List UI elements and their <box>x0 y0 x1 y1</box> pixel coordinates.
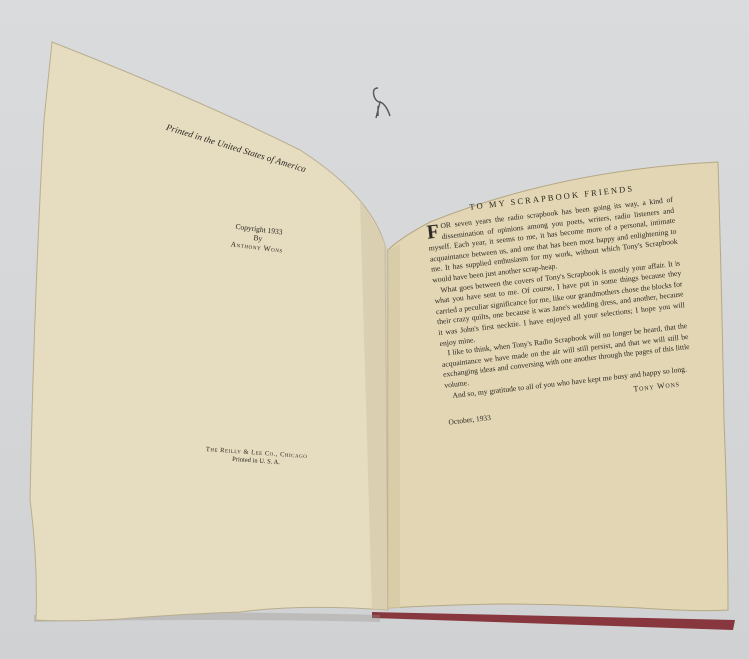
drop-cap: F <box>426 223 440 242</box>
book-cover-edge <box>372 612 735 630</box>
author-signature: Tony Wons <box>633 379 680 393</box>
pencil-scribble-icon <box>368 82 398 127</box>
dedication-page: TO MY SCRAPBOOK FRIENDS FOR seven years … <box>424 179 696 428</box>
dedication-body: FOR seven years the radio scrapbook has … <box>426 195 693 402</box>
left-page <box>30 42 388 621</box>
